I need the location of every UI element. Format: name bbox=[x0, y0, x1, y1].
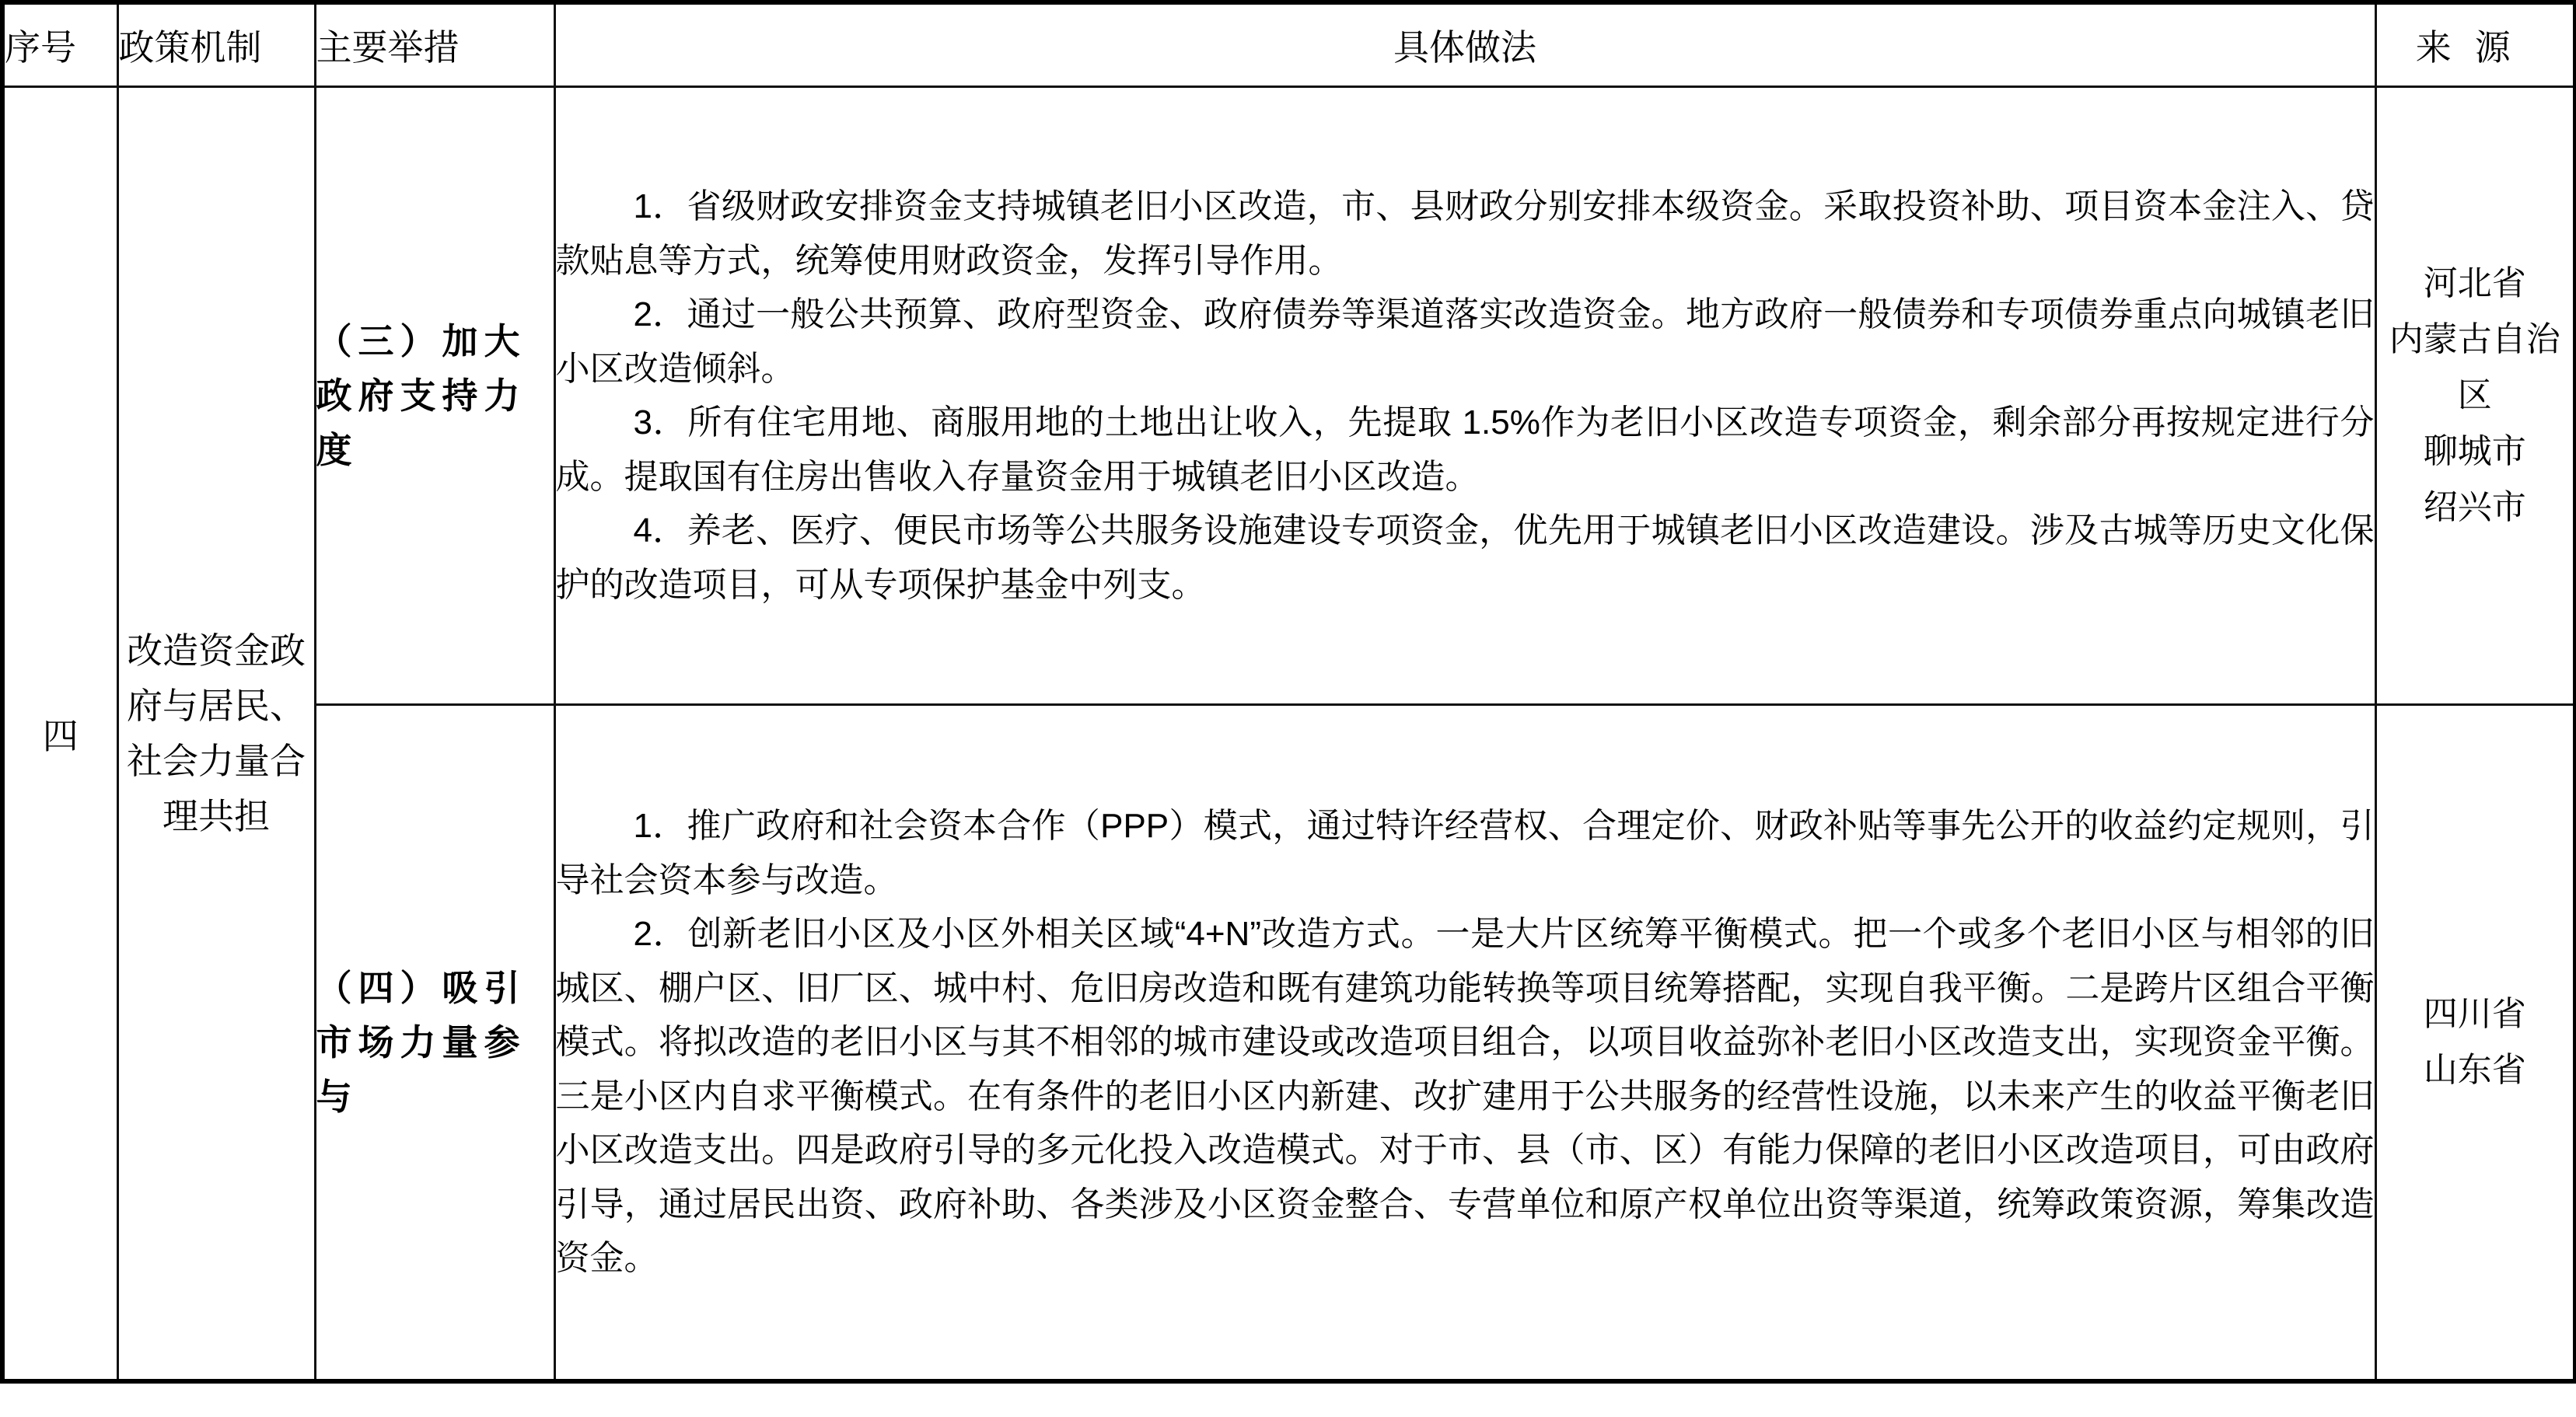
source-hebei: 河北省 bbox=[2377, 256, 2574, 312]
measure-cell: （四）吸引市场力量参与 bbox=[315, 705, 554, 1382]
header-row: 序号 政策机制 主要举措 具体做法 来源 bbox=[2, 2, 2575, 87]
detail-paragraph: 4．养老、医疗、便民市场等公共服务设施建设专项资金，优先用于城镇老旧小区改造建设… bbox=[556, 504, 2375, 612]
detail-paragraph: 1．省级财政安排资金支持城镇老旧小区改造，市、县财政分别安排本级资金。采取投资补… bbox=[556, 180, 2375, 288]
source-inner-mongolia: 内蒙古自治区 bbox=[2377, 312, 2574, 424]
detail-cell: 1．推广政府和社会资本合作（PPP）模式，通过特许经营权、合理定价、财政补贴等事… bbox=[554, 705, 2375, 1382]
header-source: 来源 bbox=[2375, 2, 2575, 87]
source-cell: 四川省 山东省 bbox=[2375, 705, 2575, 1382]
header-measure: 主要举措 bbox=[315, 2, 554, 87]
table-row: （四）吸引市场力量参与 1．推广政府和社会资本合作（PPP）模式，通过特许经营权… bbox=[2, 705, 2575, 1382]
source-sichuan: 四川省 bbox=[2377, 986, 2574, 1042]
header-no: 序号 bbox=[2, 2, 117, 87]
source-shaoxing: 绍兴市 bbox=[2377, 480, 2574, 536]
measure-cell: （三）加大政府支持力度 bbox=[315, 87, 554, 705]
source-cell: 河北省 内蒙古自治区 聊城市 绍兴市 bbox=[2375, 87, 2575, 705]
policy-table: 序号 政策机制 主要举措 具体做法 来源 四 改造资金政府与居民、社会力量合理共… bbox=[0, 0, 2576, 1384]
table-row: 四 改造资金政府与居民、社会力量合理共担 （三）加大政府支持力度 1．省级财政安… bbox=[2, 87, 2575, 705]
detail-cell: 1．省级财政安排资金支持城镇老旧小区改造，市、县财政分别安排本级资金。采取投资补… bbox=[554, 87, 2375, 705]
source-liaocheng: 聊城市 bbox=[2377, 424, 2574, 480]
detail-paragraph: 2．通过一般公共预算、政府型资金、政府债券等渠道落实改造资金。地方政府一般债券和… bbox=[556, 288, 2375, 396]
detail-paragraph: 2．创新老旧小区及小区外相关区域“4+N”改造方式。一是大片区统筹平衡模式。把一… bbox=[556, 907, 2375, 1286]
group-number: 四 bbox=[2, 87, 117, 1382]
source-shandong: 山东省 bbox=[2377, 1042, 2574, 1098]
group-mechanism: 改造资金政府与居民、社会力量合理共担 bbox=[117, 87, 315, 1382]
detail-paragraph: 1．推广政府和社会资本合作（PPP）模式，通过特许经营权、合理定价、财政补贴等事… bbox=[556, 799, 2375, 907]
header-mechanism: 政策机制 bbox=[117, 2, 315, 87]
detail-paragraph: 3．所有住宅用地、商服用地的土地出让收入，先提取 1.5%作为老旧小区改造专项资… bbox=[556, 396, 2375, 504]
header-detail: 具体做法 bbox=[554, 2, 2375, 87]
